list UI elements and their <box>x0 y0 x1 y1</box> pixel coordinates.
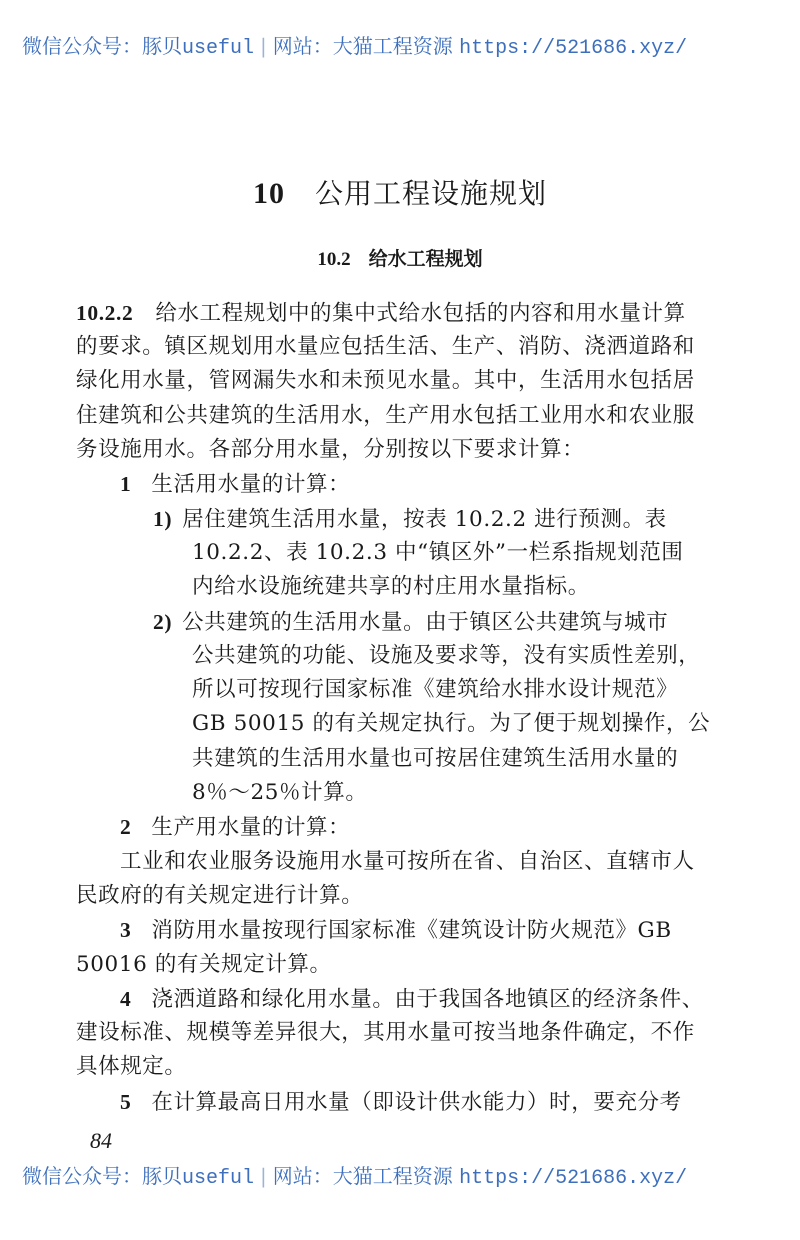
clause-line: 的要求。镇区规划用水量应包括生活、生产、消防、浇洒道路和 <box>76 332 695 362</box>
item-text: 所以可按现行国家标准《建筑给水排水设计规范》 <box>192 675 678 705</box>
item-text: 内给水设施统建共享的村庄用水量指标。 <box>192 572 590 602</box>
section-number: 10.2 <box>317 249 350 270</box>
list-item: 2生产用水量的计算： <box>120 812 350 843</box>
watermark-brand: useful <box>182 37 254 60</box>
item-text: 民政府的有关规定进行计算。 <box>76 881 363 911</box>
watermark-brand: useful <box>182 1167 254 1190</box>
clause-text: 给水工程规划中的集中式给水包括的内容和用水量计算 <box>155 301 685 326</box>
chapter-number: 10 <box>253 177 285 210</box>
watermark-site-label: 网站：大猫工程资源 <box>273 1164 453 1188</box>
item-text: 浇洒道路和绿化用水量。由于我国各地镇区的经济条件、 <box>151 987 704 1012</box>
watermark-header: 微信公众号：豚贝useful|网站：大猫工程资源 https://521686.… <box>22 30 792 58</box>
item-number: 2) <box>153 610 172 634</box>
clause-line: 务设施用水。各部分用水量，分别按以下要求计算： <box>76 435 584 465</box>
item-text: 消防用水量按现行国家标准《建筑设计防火规范》GB <box>151 918 671 943</box>
watermark-separator: | <box>260 1164 267 1188</box>
item-text: 建设标准、规模等差异很大，其用水量可按当地条件确定，不作 <box>76 1018 695 1048</box>
section-title-text: 给水工程规划 <box>369 248 483 270</box>
watermark-label: 微信公众号：豚贝 <box>22 1164 182 1188</box>
watermark-separator: | <box>260 34 267 58</box>
chapter-title: 10公用工程设施规划 <box>0 172 800 212</box>
clause-line: 住建筑和公共建筑的生活用水，生产用水包括工业用水和农业服 <box>76 401 695 431</box>
item-text: 8％～25％计算。 <box>192 778 367 808</box>
list-item: 3消防用水量按现行国家标准《建筑设计防火规范》GB <box>120 915 672 946</box>
item-number: 4 <box>120 987 131 1011</box>
item-text: 生产用水量的计算： <box>151 815 350 840</box>
section-title: 10.2给水工程规划 <box>0 244 800 271</box>
clause-line: 10.2.2给水工程规划中的集中式给水包括的内容和用水量计算 <box>76 298 686 329</box>
item-number: 5 <box>120 1090 131 1114</box>
watermark-url[interactable]: https://521686.xyz/ <box>459 1167 687 1190</box>
watermark-label: 微信公众号：豚贝 <box>22 34 182 58</box>
item-number: 1 <box>120 472 131 496</box>
item-number: 1) <box>153 507 172 531</box>
list-item: 1生活用水量的计算： <box>120 469 350 500</box>
watermark-site-label: 网站：大猫工程资源 <box>273 34 453 58</box>
item-text: 生活用水量的计算： <box>151 472 350 497</box>
item-text: 公共建筑的功能、设施及要求等，没有实质性差别， <box>192 641 700 671</box>
list-item: 4浇洒道路和绿化用水量。由于我国各地镇区的经济条件、 <box>120 984 704 1015</box>
page-number: 84 <box>90 1128 112 1154</box>
item-text: 具体规定。 <box>76 1052 187 1082</box>
clause-line: 绿化用水量，管网漏失水和未预见水量。其中，生活用水包括居 <box>76 366 695 396</box>
item-text: 共建筑的生活用水量也可按居住建筑生活用水量的 <box>192 744 678 774</box>
list-item: 2)公共建筑的生活用水量。由于镇区公共建筑与城市 <box>153 607 668 638</box>
item-number: 3 <box>120 918 131 942</box>
item-text: GB 50015 的有关规定执行。为了便于规划操作，公 <box>192 709 710 739</box>
chapter-title-text: 公用工程设施规划 <box>315 177 547 210</box>
item-text: 公共建筑的生活用水量。由于镇区公共建筑与城市 <box>182 610 668 635</box>
list-item: 1)居住建筑生活用水量，按表 10.2.2 进行预测。表 <box>153 504 667 535</box>
item-text: 在计算最高日用水量（即设计供水能力）时，要充分考 <box>151 1090 681 1115</box>
watermark-url[interactable]: https://521686.xyz/ <box>459 37 687 60</box>
item-text: 工业和农业服务设施用水量可按所在省、自治区、直辖市人 <box>120 847 695 877</box>
list-item: 5在计算最高日用水量（即设计供水能力）时，要充分考 <box>120 1087 682 1118</box>
item-text: 50016 的有关规定计算。 <box>76 950 332 980</box>
item-text: 10.2.2、表 10.2.3 中“镇区外”一栏系指规划范围 <box>192 538 683 568</box>
watermark-footer: 微信公众号：豚贝useful|网站：大猫工程资源 https://521686.… <box>22 1160 792 1188</box>
item-number: 2 <box>120 815 131 839</box>
item-text: 居住建筑生活用水量，按表 10.2.2 进行预测。表 <box>182 507 667 532</box>
clause-number: 10.2.2 <box>76 301 133 325</box>
